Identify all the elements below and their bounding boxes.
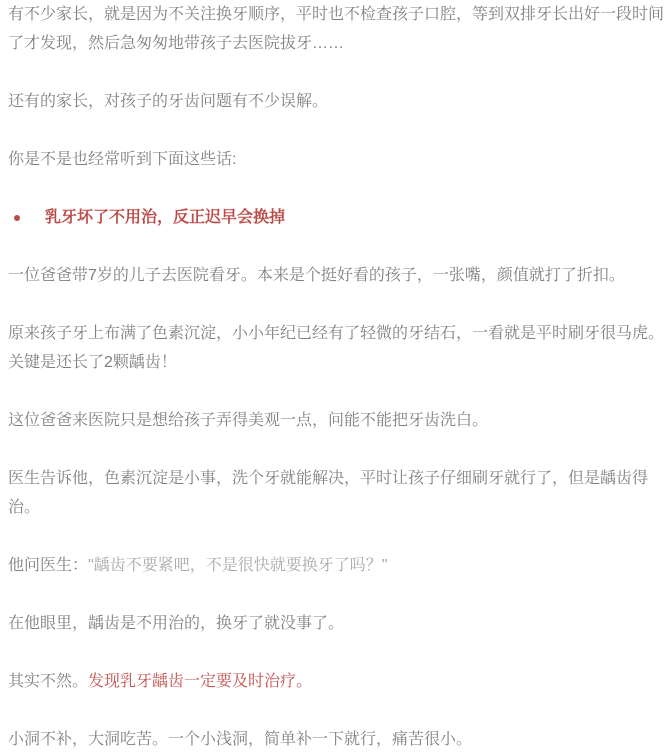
correction-emphasis: 发现乳牙龋齿一定要及时治疗。 xyxy=(88,673,312,690)
paragraph-father-belief: 在他眼里，龋齿是不用治的，换牙了就没事了。 xyxy=(8,609,664,638)
paragraph-father-wants-whitening: 这位爸爸来医院只是想给孩子弄得美观一点，问能不能把牙齿洗白。 xyxy=(8,406,664,435)
article-page: 有不少家长，就是因为不关注换牙顺序，平时也不检查孩子口腔，等到双排牙长出好一段时… xyxy=(0,0,668,753)
paragraph-correction: 其实不然。发现乳牙龋齿一定要及时治疗。 xyxy=(8,667,664,696)
misconception-bullet-label: 乳牙坏了不用治，反正迟早会换掉 xyxy=(45,209,285,226)
paragraph-small-hole-advice: 小洞不补，大洞吃苦。一个小浅洞，简单补一下就行，痛苦很小。 xyxy=(8,725,664,753)
paragraph-father-question: 他问医生："龋齿不要紧吧，不是很快就要换牙了吗？" xyxy=(8,551,664,580)
paragraph-doctor-advice: 医生告诉他，色素沉淀是小事，洗个牙就能解决，平时让孩子仔细刷牙就行了，但是龋齿得… xyxy=(8,464,664,522)
misconception-bullet-item: 乳牙坏了不用治，反正迟早会换掉 xyxy=(8,203,664,232)
paragraph-intro-parents-ignore: 有不少家长，就是因为不关注换牙顺序，平时也不检查孩子口腔，等到双排牙长出好一段时… xyxy=(8,0,664,58)
father-question-quote: "龋齿不要紧吧，不是很快就要换牙了吗？" xyxy=(88,557,387,574)
article-body: 有不少家长，就是因为不关注换牙顺序，平时也不检查孩子口腔，等到双排牙长出好一段时… xyxy=(0,0,668,753)
paragraph-father-story: 一位爸爸带7岁的儿子去医院看牙。本来是个挺好看的孩子，一张嘴，颜值就打了折扣。 xyxy=(8,261,664,290)
correction-lead: 其实不然。 xyxy=(8,673,88,690)
paragraph-pigment-tartar-cavities: 原来孩子牙上布满了色素沉淀，小小年纪已经有了轻微的牙结石，一看就是平时刷牙很马虎… xyxy=(8,319,664,377)
father-question-lead: 他问医生： xyxy=(8,557,88,574)
paragraph-parents-misunderstand: 还有的家长，对孩子的牙齿问题有不少误解。 xyxy=(8,87,664,116)
bullet-dot-icon xyxy=(14,215,20,221)
paragraph-have-you-heard: 你是不是也经常听到下面这些话: xyxy=(8,145,664,174)
